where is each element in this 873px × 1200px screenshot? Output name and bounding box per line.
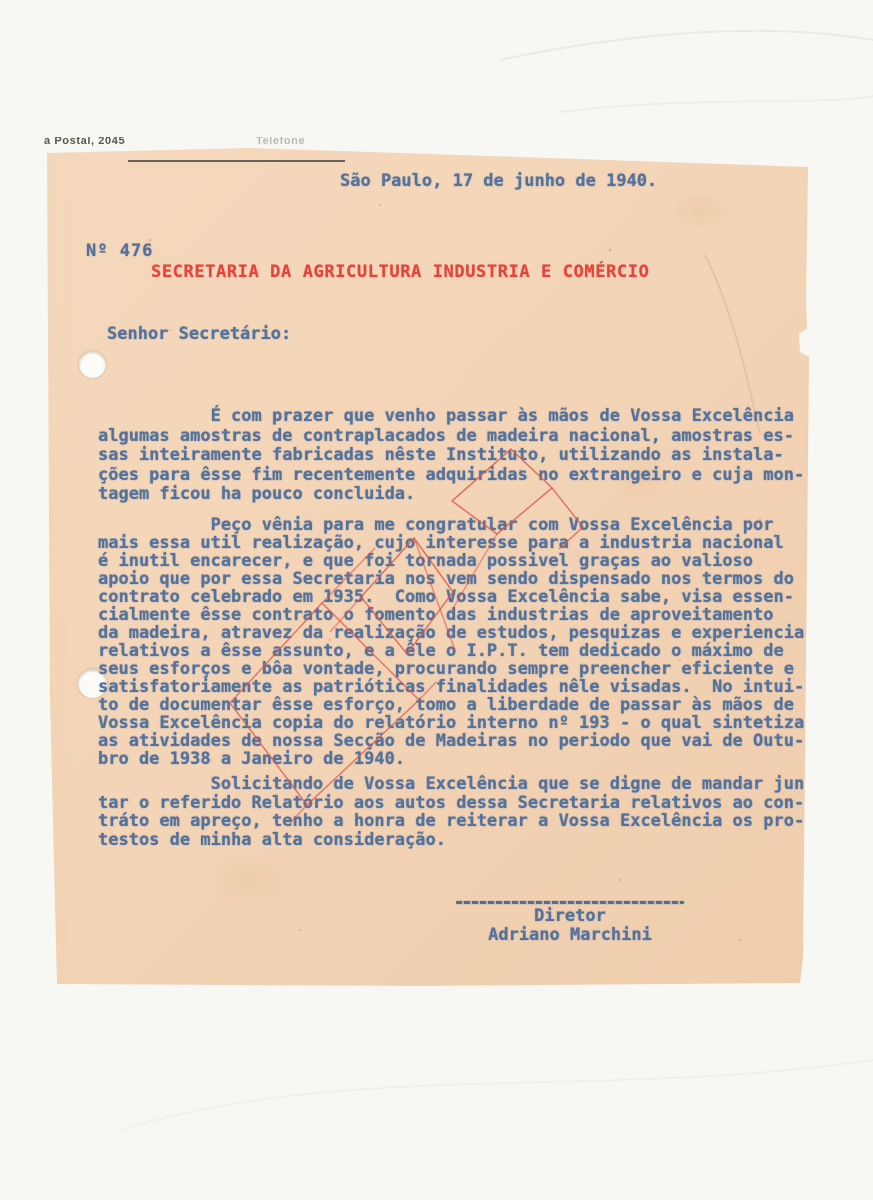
scanned-letter-page: a Postal, 2045 Telefone São Paulo, 17 de… (0, 0, 873, 1200)
paragraph-3: Solicitando de Vossa Excelência que se d… (98, 775, 804, 849)
signature-title: Diretor (450, 907, 690, 926)
underlay-text-postal: a Postal, 2045 (44, 137, 125, 147)
paragraph-2: Peço vênia para me congratular com Vossa… (98, 516, 804, 768)
paragraph-1: É com prazer que venho passar às mãos de… (98, 407, 804, 505)
date-line: São Paulo, 17 de junho de 1940. (340, 171, 657, 191)
organization-header: SECRETARIA DA AGRICULTURA INDUSTRIA E CO… (151, 262, 649, 282)
reference-number: Nº 476 (86, 241, 153, 261)
letterhead-rule-fragment (128, 160, 345, 162)
punch-hole-top (79, 351, 106, 378)
signature-rule (456, 901, 684, 904)
salutation: Senhor Secretário: (107, 324, 291, 344)
signature-name: Adriano Marchini (450, 926, 690, 945)
signature-block: Diretor Adriano Marchini (450, 901, 690, 944)
underlay-text-telefone: Telefone (256, 137, 305, 147)
